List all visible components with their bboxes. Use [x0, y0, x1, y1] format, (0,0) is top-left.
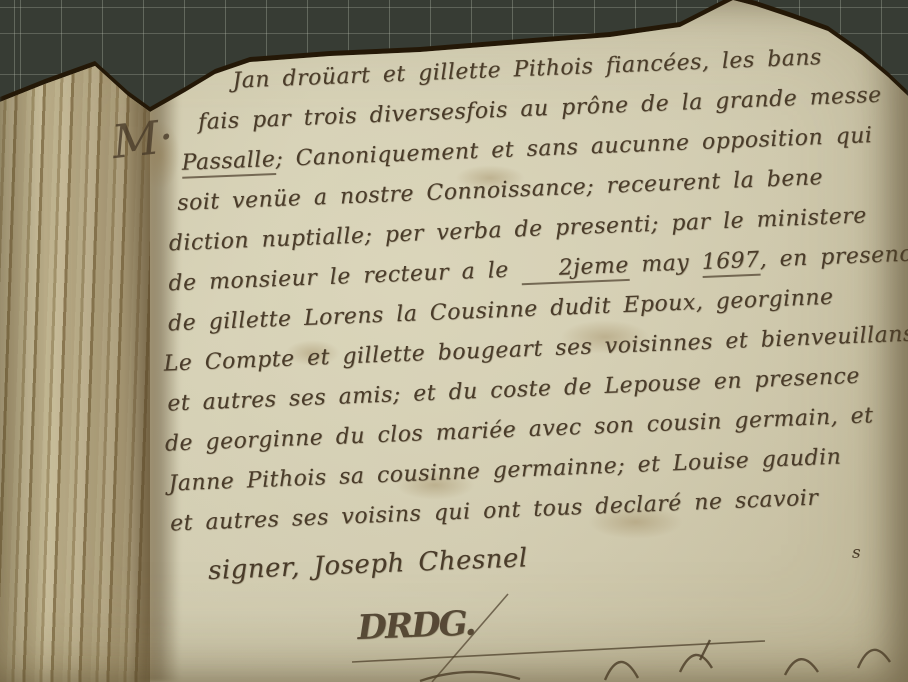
manuscript-text: Jan droüart et gillette Pithois fiancées…	[150, 41, 908, 656]
underlined-text: 2jeme	[521, 253, 630, 285]
text-segment: Joseph Chesnel	[313, 543, 528, 582]
text-segment: signer,	[207, 552, 314, 586]
text-segment: , en presence	[759, 241, 908, 273]
underlined-text: Passalle	[181, 147, 276, 179]
manuscript-page: M· Jan droüart et gillette Pithois fianc…	[0, 0, 908, 682]
underlined-text: 1697	[701, 248, 760, 278]
next-entry-partial-strokes	[420, 640, 890, 681]
text-segment: DRDG.	[357, 603, 475, 648]
photographed-register-page: M· Jan droüart et gillette Pithois fianc…	[0, 0, 908, 682]
text-segment: may	[628, 250, 702, 278]
interline-s-mark: s	[852, 543, 861, 563]
